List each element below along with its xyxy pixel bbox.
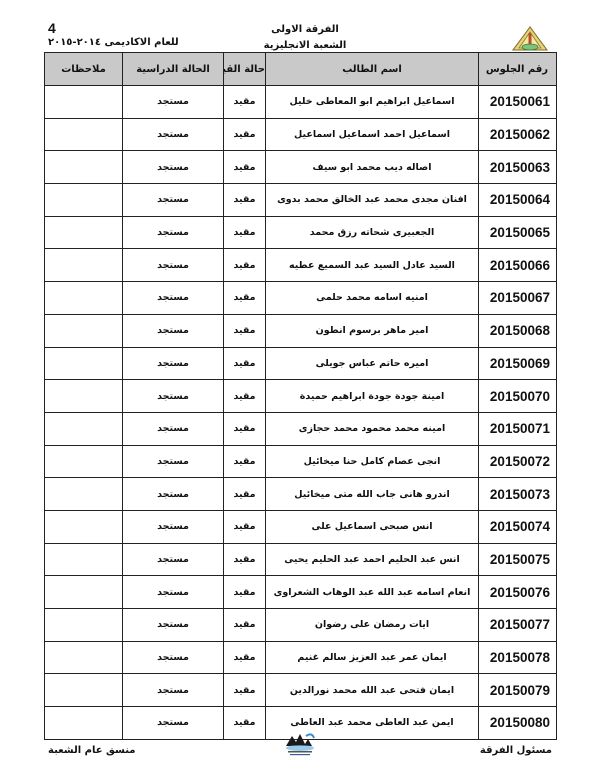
table-row: 20150071امينه محمد محمود محمد حجازىمقيدم… bbox=[45, 412, 557, 445]
student-name-cell: ايات رمضان على رضوان bbox=[266, 609, 479, 642]
notes-cell bbox=[45, 314, 123, 347]
student-name-cell: اميره حاتم عباس جويلى bbox=[266, 347, 479, 380]
table-row: 20150078ايمان عمر عبد العزيز سالم غنيممق… bbox=[45, 641, 557, 674]
level-supervisor-label: مسئول الفرقة bbox=[480, 745, 552, 756]
enrollment-status-cell: مقيد bbox=[224, 249, 266, 282]
table-row: 20150065الجعبيرى شحاته رزق محمدمقيدمستجد bbox=[45, 216, 557, 249]
study-status-cell: مستجد bbox=[123, 478, 224, 511]
student-name-cell: امنيه اسامه محمد حلمى bbox=[266, 282, 479, 315]
column-header-seat-number: رقم الجلوس bbox=[479, 53, 557, 86]
seat-number-cell: 20150070 bbox=[479, 380, 557, 413]
study-status-cell: مستجد bbox=[123, 184, 224, 217]
notes-cell bbox=[45, 576, 123, 609]
study-status-cell: مستجد bbox=[123, 609, 224, 642]
table-row: 20150062اسماعيل احمد اسماعيل اسماعيلمقيد… bbox=[45, 118, 557, 151]
study-status-cell: مستجد bbox=[123, 314, 224, 347]
study-status-cell: مستجد bbox=[123, 86, 224, 119]
student-name-cell: ايمان عمر عبد العزيز سالم غنيم bbox=[266, 641, 479, 674]
notes-cell bbox=[45, 282, 123, 315]
seat-number-cell: 20150074 bbox=[479, 510, 557, 543]
notes-cell bbox=[45, 412, 123, 445]
enrollment-status-cell: مقيد bbox=[224, 674, 266, 707]
notes-cell bbox=[45, 347, 123, 380]
table-row: 20150063اصاله ديب محمد ابو سيفمقيدمستجد bbox=[45, 151, 557, 184]
table-row: 20150067امنيه اسامه محمد حلمىمقيدمستجد bbox=[45, 282, 557, 315]
table-header-row: رقم الجلوس اسم الطالب حالة القيد الحالة … bbox=[45, 53, 557, 86]
seat-number-cell: 20150079 bbox=[479, 674, 557, 707]
seat-number-cell: 20150073 bbox=[479, 478, 557, 511]
column-header-student-name: اسم الطالب bbox=[266, 53, 479, 86]
notes-cell bbox=[45, 707, 123, 740]
notes-cell bbox=[45, 216, 123, 249]
student-name-cell: اندرو هانى جاب الله متى ميخائيل bbox=[266, 478, 479, 511]
study-status-cell: مستجد bbox=[123, 216, 224, 249]
table-row: 20150069اميره حاتم عباس جويلىمقيدمستجد bbox=[45, 347, 557, 380]
enrollment-status-cell: مقيد bbox=[224, 707, 266, 740]
enrollment-status-cell: مقيد bbox=[224, 314, 266, 347]
seat-number-cell: 20150064 bbox=[479, 184, 557, 217]
table-row: 20150076انعام اسامه عبد الله عبد الوهاب … bbox=[45, 576, 557, 609]
enrollment-status-cell: مقيد bbox=[224, 576, 266, 609]
notes-cell bbox=[45, 445, 123, 478]
student-name-cell: اسماعيل احمد اسماعيل اسماعيل bbox=[266, 118, 479, 151]
student-name-cell: انعام اسامه عبد الله عبد الوهاب الشعراوى bbox=[266, 576, 479, 609]
table-row: 20150072انجى عصام كامل حنا ميخائيلمقيدمس… bbox=[45, 445, 557, 478]
enrollment-status-cell: مقيد bbox=[224, 184, 266, 217]
notes-cell bbox=[45, 609, 123, 642]
study-status-cell: مستجد bbox=[123, 543, 224, 576]
study-status-cell: مستجد bbox=[123, 249, 224, 282]
enrollment-status-cell: مقيد bbox=[224, 86, 266, 119]
enrollment-status-cell: مقيد bbox=[224, 118, 266, 151]
seat-number-cell: 20150069 bbox=[479, 347, 557, 380]
student-name-cell: السيد عادل السيد عبد السميع عطيه bbox=[266, 249, 479, 282]
study-status-cell: مستجد bbox=[123, 445, 224, 478]
enrollment-status-cell: مقيد bbox=[224, 641, 266, 674]
table-row: 20150074انس صبحى اسماعيل علىمقيدمستجد bbox=[45, 510, 557, 543]
student-name-cell: اصاله ديب محمد ابو سيف bbox=[266, 151, 479, 184]
notes-cell bbox=[45, 510, 123, 543]
table-row: 20150077ايات رمضان على رضوانمقيدمستجد bbox=[45, 609, 557, 642]
table-row: 20150075انس عبد الحليم احمد عبد الحليم ي… bbox=[45, 543, 557, 576]
student-name-cell: امينة جودة جودة ابراهيم حميدة bbox=[266, 380, 479, 413]
notes-cell bbox=[45, 543, 123, 576]
seat-number-cell: 20150075 bbox=[479, 543, 557, 576]
study-status-cell: مستجد bbox=[123, 347, 224, 380]
level-title: الفرقة الاولى bbox=[225, 22, 385, 38]
table-row: 20150068امير ماهر برسوم انطونمقيدمستجد bbox=[45, 314, 557, 347]
notes-cell bbox=[45, 184, 123, 217]
enrollment-status-cell: مقيد bbox=[224, 478, 266, 511]
page-number: 4 bbox=[48, 20, 56, 36]
seat-number-cell: 20150077 bbox=[479, 609, 557, 642]
student-name-cell: الجعبيرى شحاته رزق محمد bbox=[266, 216, 479, 249]
study-status-cell: مستجد bbox=[123, 412, 224, 445]
study-status-cell: مستجد bbox=[123, 641, 224, 674]
seat-number-cell: 20150068 bbox=[479, 314, 557, 347]
enrollment-status-cell: مقيد bbox=[224, 282, 266, 315]
enrollment-status-cell: مقيد bbox=[224, 543, 266, 576]
study-status-cell: مستجد bbox=[123, 118, 224, 151]
seat-number-cell: 20150061 bbox=[479, 86, 557, 119]
notes-cell bbox=[45, 674, 123, 707]
notes-cell bbox=[45, 118, 123, 151]
student-name-cell: امير ماهر برسوم انطون bbox=[266, 314, 479, 347]
study-status-cell: مستجد bbox=[123, 510, 224, 543]
enrollment-status-cell: مقيد bbox=[224, 151, 266, 184]
seat-number-cell: 20150078 bbox=[479, 641, 557, 674]
study-status-cell: مستجد bbox=[123, 707, 224, 740]
column-header-study-status: الحالة الدراسية bbox=[123, 53, 224, 86]
student-name-cell: امينه محمد محمود محمد حجازى bbox=[266, 412, 479, 445]
student-roster-table: رقم الجلوس اسم الطالب حالة القيد الحالة … bbox=[44, 52, 557, 740]
study-status-cell: مستجد bbox=[123, 576, 224, 609]
study-status-cell: مستجد bbox=[123, 380, 224, 413]
enrollment-status-cell: مقيد bbox=[224, 412, 266, 445]
table-row: 20150073اندرو هانى جاب الله متى ميخائيلم… bbox=[45, 478, 557, 511]
student-name-cell: انجى عصام كامل حنا ميخائيل bbox=[266, 445, 479, 478]
student-name-cell: اسماعيل ابراهيم ابو المعاطى خليل bbox=[266, 86, 479, 119]
study-status-cell: مستجد bbox=[123, 674, 224, 707]
document-heading: الفرقة الاولى الشعبة الانجليزية bbox=[225, 22, 385, 54]
section-coordinator-label: منسق عام الشعبة bbox=[48, 745, 136, 756]
seat-number-cell: 20150066 bbox=[479, 249, 557, 282]
study-status-cell: مستجد bbox=[123, 282, 224, 315]
notes-cell bbox=[45, 249, 123, 282]
table-row: 20150079ايمان فتحى عبد الله محمد نورالدي… bbox=[45, 674, 557, 707]
enrollment-status-cell: مقيد bbox=[224, 216, 266, 249]
seat-number-cell: 20150063 bbox=[479, 151, 557, 184]
notes-cell bbox=[45, 151, 123, 184]
seat-number-cell: 20150071 bbox=[479, 412, 557, 445]
seat-number-cell: 20150062 bbox=[479, 118, 557, 151]
student-name-cell: انس صبحى اسماعيل على bbox=[266, 510, 479, 543]
study-status-cell: مستجد bbox=[123, 151, 224, 184]
student-name-cell: ايمان فتحى عبد الله محمد نورالدين bbox=[266, 674, 479, 707]
seat-number-cell: 20150067 bbox=[479, 282, 557, 315]
table-row: 20150064افنان مجدى محمد عبد الخالق محمد … bbox=[45, 184, 557, 217]
notes-cell bbox=[45, 380, 123, 413]
seat-number-cell: 20150065 bbox=[479, 216, 557, 249]
seat-number-cell: 20150080 bbox=[479, 707, 557, 740]
enrollment-status-cell: مقيد bbox=[224, 347, 266, 380]
table-row: 20150066السيد عادل السيد عبد السميع عطيه… bbox=[45, 249, 557, 282]
quality-unit-logo-icon bbox=[280, 730, 320, 760]
student-name-cell: انس عبد الحليم احمد عبد الحليم يحيى bbox=[266, 543, 479, 576]
column-header-enrollment-status: حالة القيد bbox=[224, 53, 266, 86]
table-row: 20150061اسماعيل ابراهيم ابو المعاطى خليل… bbox=[45, 86, 557, 119]
notes-cell bbox=[45, 478, 123, 511]
column-header-notes: ملاحظات bbox=[45, 53, 123, 86]
seat-number-cell: 20150076 bbox=[479, 576, 557, 609]
university-logo-icon bbox=[510, 26, 550, 52]
academic-year: للعام الاكاديمى ٢٠١٤-٢٠١٥ bbox=[48, 37, 179, 48]
seat-number-cell: 20150072 bbox=[479, 445, 557, 478]
enrollment-status-cell: مقيد bbox=[224, 510, 266, 543]
student-name-cell: افنان مجدى محمد عبد الخالق محمد بدوى bbox=[266, 184, 479, 217]
enrollment-status-cell: مقيد bbox=[224, 445, 266, 478]
enrollment-status-cell: مقيد bbox=[224, 380, 266, 413]
notes-cell bbox=[45, 641, 123, 674]
table-row: 20150070امينة جودة جودة ابراهيم حميدةمقي… bbox=[45, 380, 557, 413]
notes-cell bbox=[45, 86, 123, 119]
enrollment-status-cell: مقيد bbox=[224, 609, 266, 642]
